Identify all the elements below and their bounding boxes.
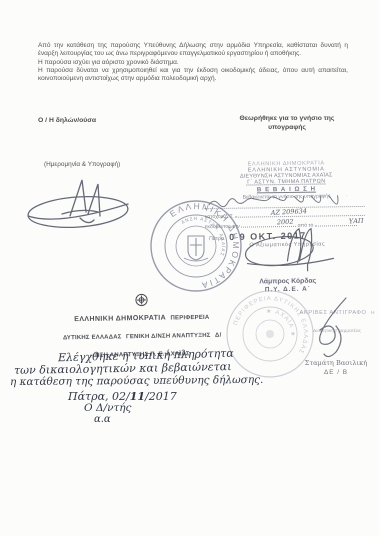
region-line-republic: ΕΛΛΗΝΙΚΗ ΔΗΜΟΚΡΑΤΙΑ [74,315,166,324]
handwritten-line-3: η κατάθεση της παρούσας υπεύθυνης δήλωση… [10,374,263,388]
declarant-signature-icon [22,172,134,238]
secretary-signature-icon [306,296,356,362]
declarant-label: Ο / Η δηλών/ούσα [38,117,96,124]
secretary-name: Σταμάτη Βασιλική [296,359,376,367]
paragraph-operation-start: Από την κατάθεση της παρούσης Υπεύθυνης … [38,42,348,59]
body-text: Από την κατάθεση της παρούσης Υπεύθυνης … [38,42,348,83]
secretary-grade: ΔΕ / Β [296,369,376,376]
issuing-authority-handwritten: ΥΑΠ [349,216,364,225]
attestation-label-line1: Θεωρήθηκε για το γνήσιο της [240,115,335,122]
issued-date-handwritten: 2002 [277,217,294,226]
handwritten-for-absent: α.α [94,414,111,425]
coat-of-arms-icon [184,236,208,261]
state-emblem-icon [134,293,148,307]
date-signature-hint: (Ημερομηνία & Υπογραφή) [44,161,120,168]
handwritten-director-title: Ο Δ/ντής [84,402,131,414]
region-line-general-directorate: ΓΕΝΙΚΗ Δ/ΝΣΗ ΑΝΑΠΤΥΞΗΣ [126,333,211,340]
attestation-label: Θεωρήθηκε για το γνήσιο της υπογραφής [222,115,352,132]
paragraph-validity: Η παρούσα ισχύει για αόριστο χρονικό διά… [38,59,348,67]
paragraph-building-permit: Η παρούσα δύναται να χρησιμοποιηθεί και … [38,67,348,84]
police-round-seal-icon: ΕΛΛΗΝΙΚΗ ΔΗΜΟΚΡΑΤΙΑ ΔΝΣΗ ΑΣΤΥΝ. ΑΧΑΪΑΣ [146,196,246,296]
scanned-declaration-document: Από την κατάθεση της παρούσης Υπεύθυνης … [0,0,379,536]
officer-signature-icon [237,226,338,273]
handwritten-date-month: 11 [130,390,145,403]
handwritten-date-suffix: /2017 [145,390,177,403]
attestation-label-line2: υπογραφής [268,124,306,131]
